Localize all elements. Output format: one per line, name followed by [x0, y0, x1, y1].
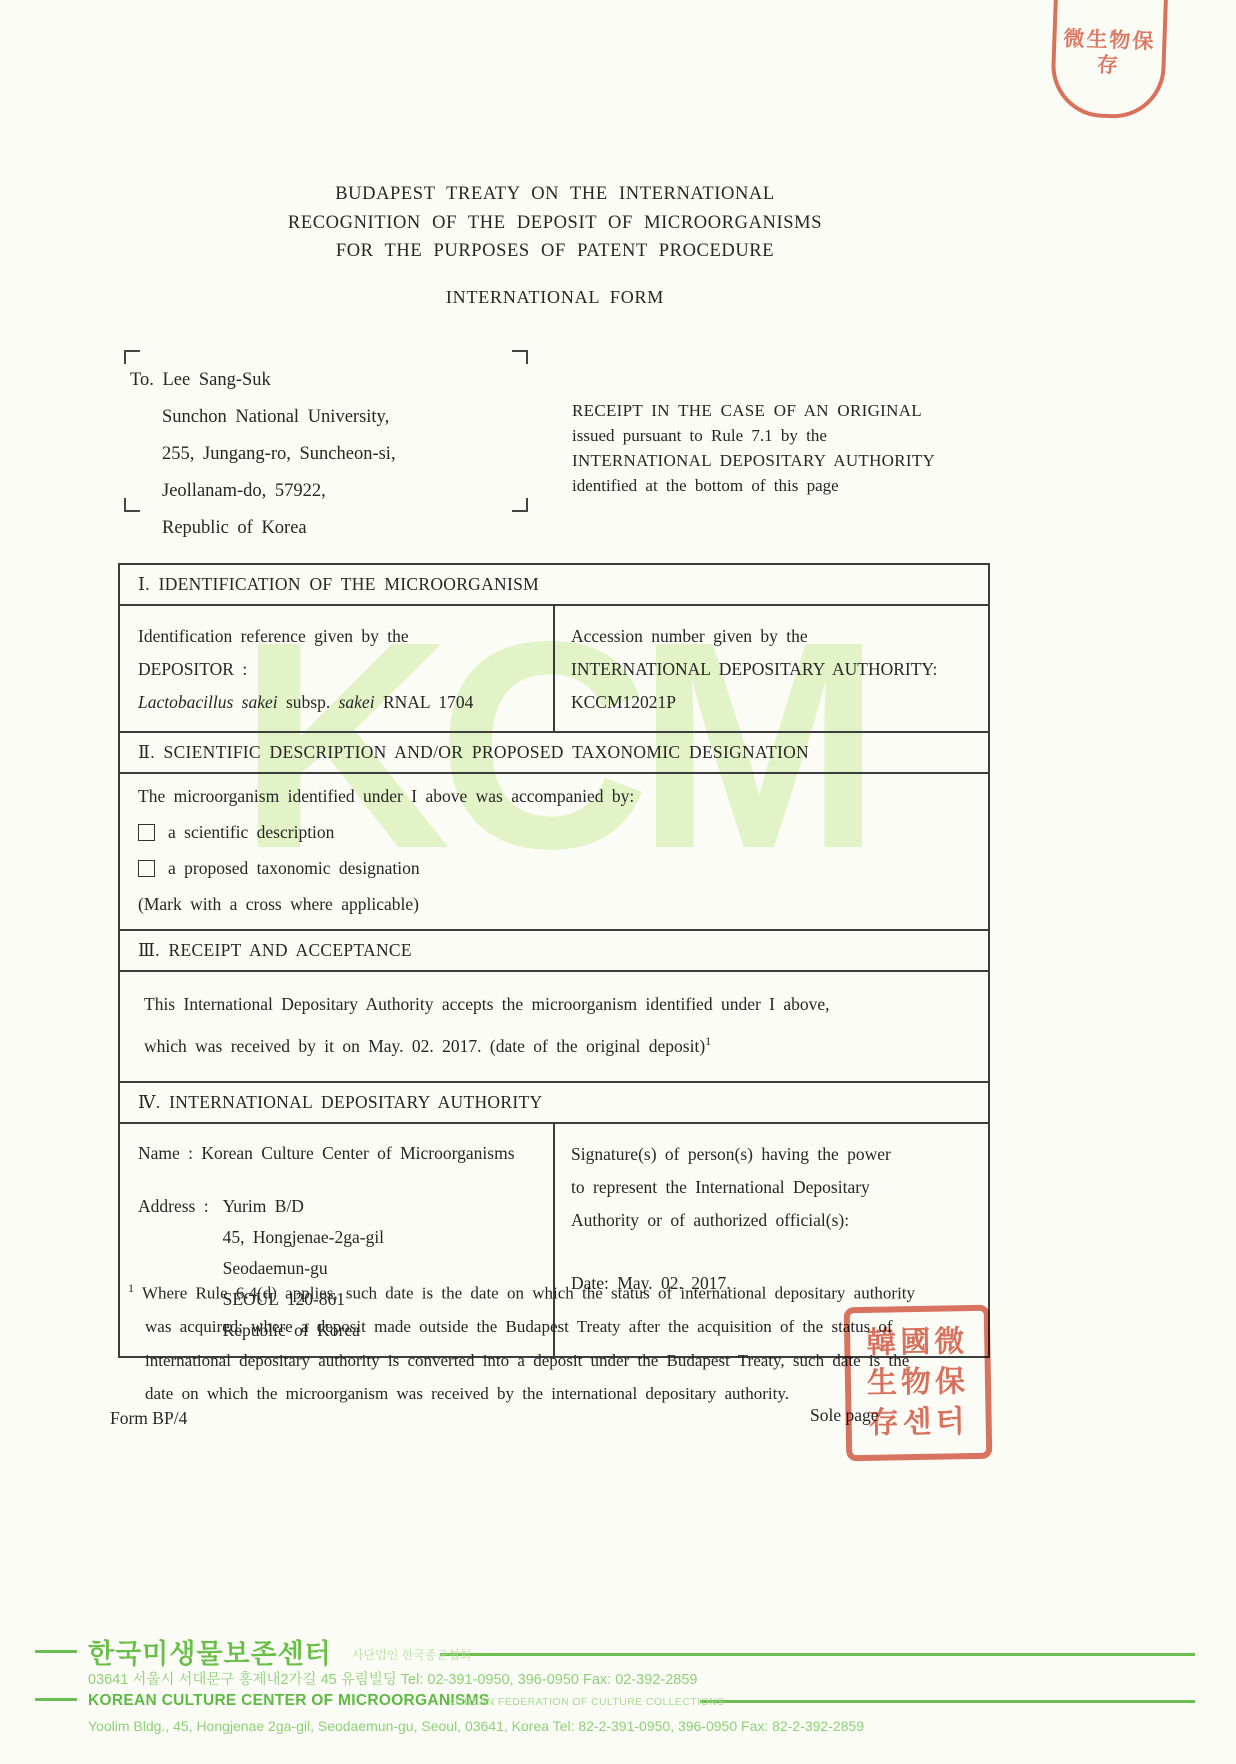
- section3-header: Ⅲ. RECEIPT AND ACCEPTANCE: [120, 931, 988, 972]
- recipient-address-block: To. Lee Sang-Suk Sunchon National Univer…: [130, 362, 396, 547]
- recipient-line: Sunchon National University,: [130, 399, 396, 436]
- organism-subsp-name: sakei: [339, 692, 375, 712]
- id-ref-line2: DEPOSITOR :: [138, 653, 541, 686]
- red-seal-stamp-signature: 韓國微生物保存센터: [844, 1305, 993, 1462]
- scientific-description-checkbox[interactable]: [138, 824, 155, 841]
- international-form-label: INTERNATIONAL FORM: [0, 287, 1110, 308]
- ida-name-line: Name : Korean Culture Center of Microorg…: [138, 1138, 543, 1169]
- red-seal-stamp-top: 微生物保存: [1050, 0, 1169, 120]
- title-line-3: FOR THE PURPOSES OF PATENT PROCEDURE: [0, 237, 1110, 266]
- footnote-ref: 1: [705, 1034, 711, 1048]
- receipt-notice-line: issued pursuant to Rule 7.1 by the: [572, 423, 992, 448]
- signature-line: Signature(s) of person(s) having the pow…: [571, 1138, 978, 1171]
- footnote-marker: 1: [128, 1281, 134, 1295]
- recipient-to-line: To. Lee Sang-Suk: [130, 362, 396, 399]
- address-window-corner-top-right: [512, 350, 528, 364]
- section1-header: Ⅰ. IDENTIFICATION OF THE MICROORGANISM: [120, 565, 988, 606]
- recipient-line: 255, Jungang-ro, Suncheon-si,: [130, 436, 396, 473]
- document-page: KCM 微生物保存 BUDAPEST TREATY ON THE INTERNA…: [0, 0, 1236, 1764]
- receipt-notice-line: identified at the bottom of this page: [572, 473, 992, 498]
- accession-number: KCCM12021P: [571, 686, 976, 719]
- signature-line: Authority or of authorized official(s):: [571, 1204, 978, 1237]
- recipient-line: Republic of Korea: [130, 510, 396, 547]
- section4-header: Ⅳ. INTERNATIONAL DEPOSITARY AUTHORITY: [120, 1083, 988, 1124]
- section1-body: Identification reference given by the DE…: [120, 606, 988, 733]
- footer-rule-bottom: [700, 1700, 1195, 1703]
- accession-number-cell: Accession number given by the INTERNATIO…: [555, 606, 988, 731]
- signature-line: to represent the International Depositar…: [571, 1171, 978, 1204]
- organism-strain: RNAL 1704: [375, 692, 474, 712]
- footer-english-address: Yoolim Bldg., 45, Hongjenae 2ga-gil, Seo…: [88, 1718, 864, 1734]
- section3-body: This International Depositary Authority …: [120, 972, 988, 1083]
- organism-subsp: subsp.: [278, 692, 339, 712]
- footer-korean-address: 03641 서울시 서대문구 홍제내2가길 45 유림빌딩 Tel: 02-39…: [88, 1668, 697, 1689]
- address-window-corner-bottom-right: [512, 498, 528, 512]
- accession-line1: Accession number given by the: [571, 620, 976, 653]
- receipt-notice-block: RECEIPT IN THE CASE OF AN ORIGINAL issue…: [572, 398, 992, 498]
- receipt-notice-line: INTERNATIONAL DEPOSITARY AUTHORITY: [572, 448, 992, 473]
- footer-english-name: KOREAN CULTURE CENTER OF MICROORGANISMS: [88, 1692, 490, 1710]
- title-line-2: RECOGNITION OF THE DEPOSIT OF MICROORGAN…: [0, 209, 1110, 238]
- organism-genus-species: Lactobacillus sakei: [138, 692, 278, 712]
- footer-korean-name-sub: 사단법인 한국종균협회: [352, 1646, 471, 1663]
- scientific-description-label: a scientific description: [168, 822, 334, 843]
- scientific-description-option: a scientific description: [138, 822, 976, 843]
- ida-address-line: Yurim B/D: [223, 1191, 384, 1222]
- identification-reference-cell: Identification reference given by the DE…: [120, 606, 555, 731]
- footer-korean-name: 한국미생물보존센터: [88, 1632, 332, 1671]
- form-id-label: Form BP/4: [110, 1408, 187, 1429]
- ida-address-line: 45, Hongjenae-2ga-gil: [223, 1222, 384, 1253]
- taxonomic-designation-option: a proposed taxonomic designation: [138, 858, 976, 879]
- section2-intro: The microorganism identified under I abo…: [138, 786, 976, 807]
- document-title: BUDAPEST TREATY ON THE INTERNATIONAL REC…: [0, 180, 1110, 266]
- organism-name: Lactobacillus sakei subsp. sakei RNAL 17…: [138, 686, 541, 719]
- title-line-1: BUDAPEST TREATY ON THE INTERNATIONAL: [0, 180, 1110, 209]
- id-ref-line1: Identification reference given by the: [138, 620, 541, 653]
- acceptance-line2: which was received by it on May. 02. 201…: [144, 1023, 976, 1065]
- form-table: Ⅰ. IDENTIFICATION OF THE MICROORGANISM I…: [118, 563, 990, 1358]
- section2-note: (Mark with a cross where applicable): [138, 894, 976, 915]
- section2-body: The microorganism identified under I abo…: [120, 774, 988, 931]
- footer-dash-bottom: [35, 1698, 77, 1701]
- footer-english-name-sub: KOREAN FEDERATION OF CULTURE COLLECTIONS: [448, 1696, 724, 1708]
- taxonomic-designation-checkbox[interactable]: [138, 860, 155, 877]
- acceptance-line1: This International Depositary Authority …: [144, 986, 976, 1023]
- section2-header: Ⅱ. SCIENTIFIC DESCRIPTION AND/OR PROPOSE…: [120, 733, 988, 774]
- receipt-notice-line: RECEIPT IN THE CASE OF AN ORIGINAL: [572, 398, 992, 423]
- taxonomic-designation-label: a proposed taxonomic designation: [168, 858, 420, 879]
- accession-line2: INTERNATIONAL DEPOSITARY AUTHORITY:: [571, 653, 976, 686]
- footer-rule-top: [440, 1653, 1195, 1656]
- footer-dash-top: [35, 1650, 77, 1653]
- recipient-line: Jeollanam-do, 57922,: [130, 473, 396, 510]
